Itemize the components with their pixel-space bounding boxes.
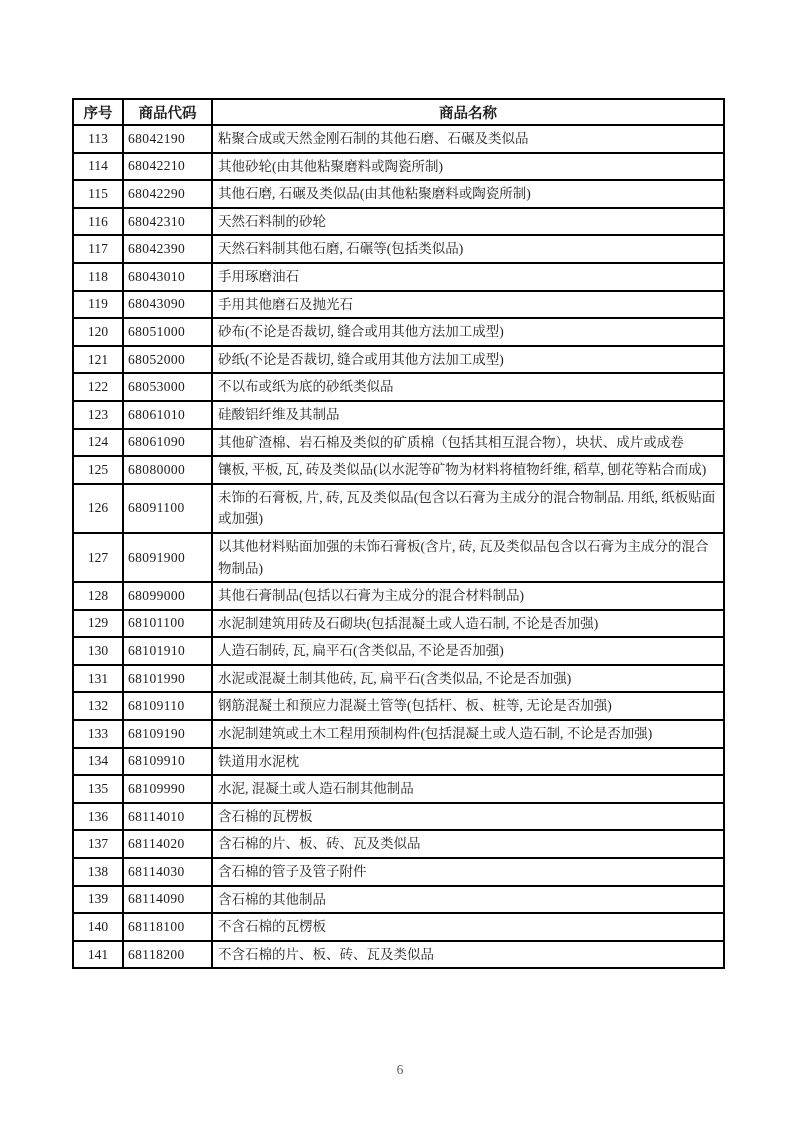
cell-commodity-name: 含石棉的片、板、砖、瓦及类似品 [212, 830, 724, 858]
table-row: 11968043090手用其他磨石及抛光石 [73, 291, 724, 319]
table-row: 13068101910人造石制砖, 瓦, 扁平石(含类似品, 不论是否加强) [73, 637, 724, 665]
cell-serial-number: 116 [73, 208, 123, 236]
header-commodity-name: 商品名称 [212, 99, 724, 125]
cell-commodity-code: 68053000 [123, 373, 212, 401]
cell-commodity-code: 68114090 [123, 886, 212, 914]
cell-serial-number: 119 [73, 291, 123, 319]
cell-commodity-name: 硅酸铝纤维及其制品 [212, 401, 724, 429]
cell-commodity-name: 水泥制建筑或土木工程用预制构件(包括混凝土或人造石制, 不论是否加强) [212, 720, 724, 748]
table-row: 12368061010硅酸铝纤维及其制品 [73, 401, 724, 429]
cell-commodity-code: 68043010 [123, 263, 212, 291]
cell-commodity-code: 68114030 [123, 858, 212, 886]
cell-commodity-name: 以其他材料贴面加强的未饰石膏板(含片, 砖, 瓦及类似品包含以石膏为主成分的混合… [212, 533, 724, 582]
table-row: 12668091100未饰的石膏板, 片, 砖, 瓦及类似品(包含以石膏为主成分… [73, 484, 724, 533]
cell-commodity-name: 人造石制砖, 瓦, 扁平石(含类似品, 不论是否加强) [212, 637, 724, 665]
cell-commodity-code: 68043090 [123, 291, 212, 319]
cell-commodity-code: 68101100 [123, 610, 212, 638]
cell-serial-number: 135 [73, 775, 123, 803]
cell-commodity-name: 天然石料制的砂轮 [212, 208, 724, 236]
table-row: 12268053000不以布或纸为底的砂纸类似品 [73, 373, 724, 401]
cell-commodity-code: 68080000 [123, 456, 212, 484]
table-row: 14168118200不含石棉的片、板、砖、瓦及类似品 [73, 941, 724, 969]
cell-serial-number: 117 [73, 235, 123, 263]
cell-commodity-code: 68109190 [123, 720, 212, 748]
cell-commodity-name: 水泥或混凝土制其他砖, 瓦, 扁平石(含类似品, 不论是否加强) [212, 665, 724, 693]
cell-commodity-code: 68114020 [123, 830, 212, 858]
cell-commodity-code: 68061090 [123, 429, 212, 457]
cell-commodity-code: 68099000 [123, 582, 212, 610]
cell-commodity-code: 68042290 [123, 180, 212, 208]
table-row: 12768091900以其他材料贴面加强的未饰石膏板(含片, 砖, 瓦及类似品包… [73, 533, 724, 582]
cell-serial-number: 140 [73, 913, 123, 941]
table-row: 11368042190粘聚合成或天然金刚石制的其他石磨、石碾及类似品 [73, 125, 724, 153]
commodity-table: 序号 商品代码 商品名称 11368042190粘聚合成或天然金刚石制的其他石磨… [72, 98, 725, 969]
cell-commodity-name: 水泥, 混凝土或人造石制其他制品 [212, 775, 724, 803]
cell-serial-number: 128 [73, 582, 123, 610]
cell-serial-number: 132 [73, 692, 123, 720]
cell-serial-number: 121 [73, 346, 123, 374]
cell-commodity-name: 未饰的石膏板, 片, 砖, 瓦及类似品(包含以石膏为主成分的混合物制品. 用纸,… [212, 484, 724, 533]
cell-commodity-name: 含石棉的其他制品 [212, 886, 724, 914]
cell-serial-number: 127 [73, 533, 123, 582]
table-body: 11368042190粘聚合成或天然金刚石制的其他石磨、石碾及类似品114680… [73, 125, 724, 968]
cell-commodity-name: 不含石棉的片、板、砖、瓦及类似品 [212, 941, 724, 969]
cell-serial-number: 139 [73, 886, 123, 914]
cell-commodity-name: 砂纸(不论是否裁切, 缝合或用其他方法加工成型) [212, 346, 724, 374]
table-row: 13368109190水泥制建筑或土木工程用预制构件(包括混凝土或人造石制, 不… [73, 720, 724, 748]
table-row: 13968114090含石棉的其他制品 [73, 886, 724, 914]
header-serial-number: 序号 [73, 99, 123, 125]
table-row: 13868114030含石棉的管子及管子附件 [73, 858, 724, 886]
cell-commodity-name: 镶板, 平板, 瓦, 砖及类似品(以水泥等矿物为材料将植物纤维, 稻草, 刨花等… [212, 456, 724, 484]
table-row: 11868043010手用琢磨油石 [73, 263, 724, 291]
cell-commodity-name: 其他矿渣棉、岩石棉及类似的矿质棉（包括其相互混合物），块状、成片或成卷 [212, 429, 724, 457]
table-row: 13168101990水泥或混凝土制其他砖, 瓦, 扁平石(含类似品, 不论是否… [73, 665, 724, 693]
table-row: 11568042290其他石磨, 石碾及类似品(由其他粘聚磨料或陶瓷所制) [73, 180, 724, 208]
cell-serial-number: 133 [73, 720, 123, 748]
table-row: 14068118100不含石棉的瓦楞板 [73, 913, 724, 941]
cell-commodity-code: 68118100 [123, 913, 212, 941]
table-row: 12168052000砂纸(不论是否裁切, 缝合或用其他方法加工成型) [73, 346, 724, 374]
table-row: 12868099000其他石膏制品(包括以石膏为主成分的混合材料制品) [73, 582, 724, 610]
cell-commodity-name: 其他石磨, 石碾及类似品(由其他粘聚磨料或陶瓷所制) [212, 180, 724, 208]
cell-commodity-code: 68042210 [123, 153, 212, 181]
cell-commodity-name: 不以布或纸为底的砂纸类似品 [212, 373, 724, 401]
cell-serial-number: 120 [73, 318, 123, 346]
cell-commodity-name: 手用其他磨石及抛光石 [212, 291, 724, 319]
table-row: 12568080000镶板, 平板, 瓦, 砖及类似品(以水泥等矿物为材料将植物… [73, 456, 724, 484]
cell-commodity-name: 粘聚合成或天然金刚石制的其他石磨、石碾及类似品 [212, 125, 724, 153]
cell-serial-number: 113 [73, 125, 123, 153]
cell-commodity-name: 天然石料制其他石磨, 石碾等(包括类似品) [212, 235, 724, 263]
cell-serial-number: 130 [73, 637, 123, 665]
cell-commodity-code: 68109110 [123, 692, 212, 720]
cell-serial-number: 134 [73, 748, 123, 776]
cell-commodity-code: 68091100 [123, 484, 212, 533]
cell-commodity-code: 68101990 [123, 665, 212, 693]
table-row: 13568109990水泥, 混凝土或人造石制其他制品 [73, 775, 724, 803]
cell-commodity-code: 68042190 [123, 125, 212, 153]
cell-commodity-code: 68109910 [123, 748, 212, 776]
cell-commodity-name: 钢筋混凝土和预应力混凝土管等(包括杆、板、桩等, 无论是否加强) [212, 692, 724, 720]
cell-serial-number: 124 [73, 429, 123, 457]
cell-commodity-name: 水泥制建筑用砖及石砌块(包括混凝土或人造石制, 不论是否加强) [212, 610, 724, 638]
cell-commodity-code: 68061010 [123, 401, 212, 429]
table-row: 11668042310天然石料制的砂轮 [73, 208, 724, 236]
table-row: 11468042210其他砂轮(由其他粘聚磨料或陶瓷所制) [73, 153, 724, 181]
cell-commodity-name: 砂布(不论是否裁切, 缝合或用其他方法加工成型) [212, 318, 724, 346]
cell-commodity-name: 手用琢磨油石 [212, 263, 724, 291]
table-row: 12968101100水泥制建筑用砖及石砌块(包括混凝土或人造石制, 不论是否加… [73, 610, 724, 638]
cell-commodity-code: 68101910 [123, 637, 212, 665]
cell-commodity-name: 含石棉的管子及管子附件 [212, 858, 724, 886]
cell-commodity-name: 含石棉的瓦楞板 [212, 803, 724, 831]
cell-serial-number: 138 [73, 858, 123, 886]
cell-commodity-code: 68042390 [123, 235, 212, 263]
cell-serial-number: 114 [73, 153, 123, 181]
header-commodity-code: 商品代码 [123, 99, 212, 125]
cell-serial-number: 115 [73, 180, 123, 208]
table-row: 12068051000砂布(不论是否裁切, 缝合或用其他方法加工成型) [73, 318, 724, 346]
cell-commodity-name: 铁道用水泥枕 [212, 748, 724, 776]
table-row: 13268109110钢筋混凝土和预应力混凝土管等(包括杆、板、桩等, 无论是否… [73, 692, 724, 720]
cell-serial-number: 118 [73, 263, 123, 291]
cell-serial-number: 125 [73, 456, 123, 484]
cell-serial-number: 141 [73, 941, 123, 969]
page-number: 6 [0, 1062, 800, 1078]
cell-serial-number: 131 [73, 665, 123, 693]
table-row: 13668114010含石棉的瓦楞板 [73, 803, 724, 831]
cell-commodity-name: 不含石棉的瓦楞板 [212, 913, 724, 941]
cell-commodity-name: 其他砂轮(由其他粘聚磨料或陶瓷所制) [212, 153, 724, 181]
cell-serial-number: 123 [73, 401, 123, 429]
table-row: 13468109910铁道用水泥枕 [73, 748, 724, 776]
cell-commodity-code: 68109990 [123, 775, 212, 803]
cell-commodity-code: 68114010 [123, 803, 212, 831]
cell-serial-number: 122 [73, 373, 123, 401]
cell-serial-number: 126 [73, 484, 123, 533]
cell-commodity-code: 68118200 [123, 941, 212, 969]
table-row: 13768114020含石棉的片、板、砖、瓦及类似品 [73, 830, 724, 858]
cell-serial-number: 137 [73, 830, 123, 858]
cell-commodity-code: 68052000 [123, 346, 212, 374]
cell-commodity-code: 68091900 [123, 533, 212, 582]
cell-commodity-code: 68051000 [123, 318, 212, 346]
table-header-row: 序号 商品代码 商品名称 [73, 99, 724, 125]
cell-commodity-name: 其他石膏制品(包括以石膏为主成分的混合材料制品) [212, 582, 724, 610]
table-row: 11768042390天然石料制其他石磨, 石碾等(包括类似品) [73, 235, 724, 263]
cell-serial-number: 129 [73, 610, 123, 638]
table-row: 12468061090其他矿渣棉、岩石棉及类似的矿质棉（包括其相互混合物），块状… [73, 429, 724, 457]
cell-commodity-code: 68042310 [123, 208, 212, 236]
cell-serial-number: 136 [73, 803, 123, 831]
document-page: 序号 商品代码 商品名称 11368042190粘聚合成或天然金刚石制的其他石磨… [0, 0, 800, 1132]
